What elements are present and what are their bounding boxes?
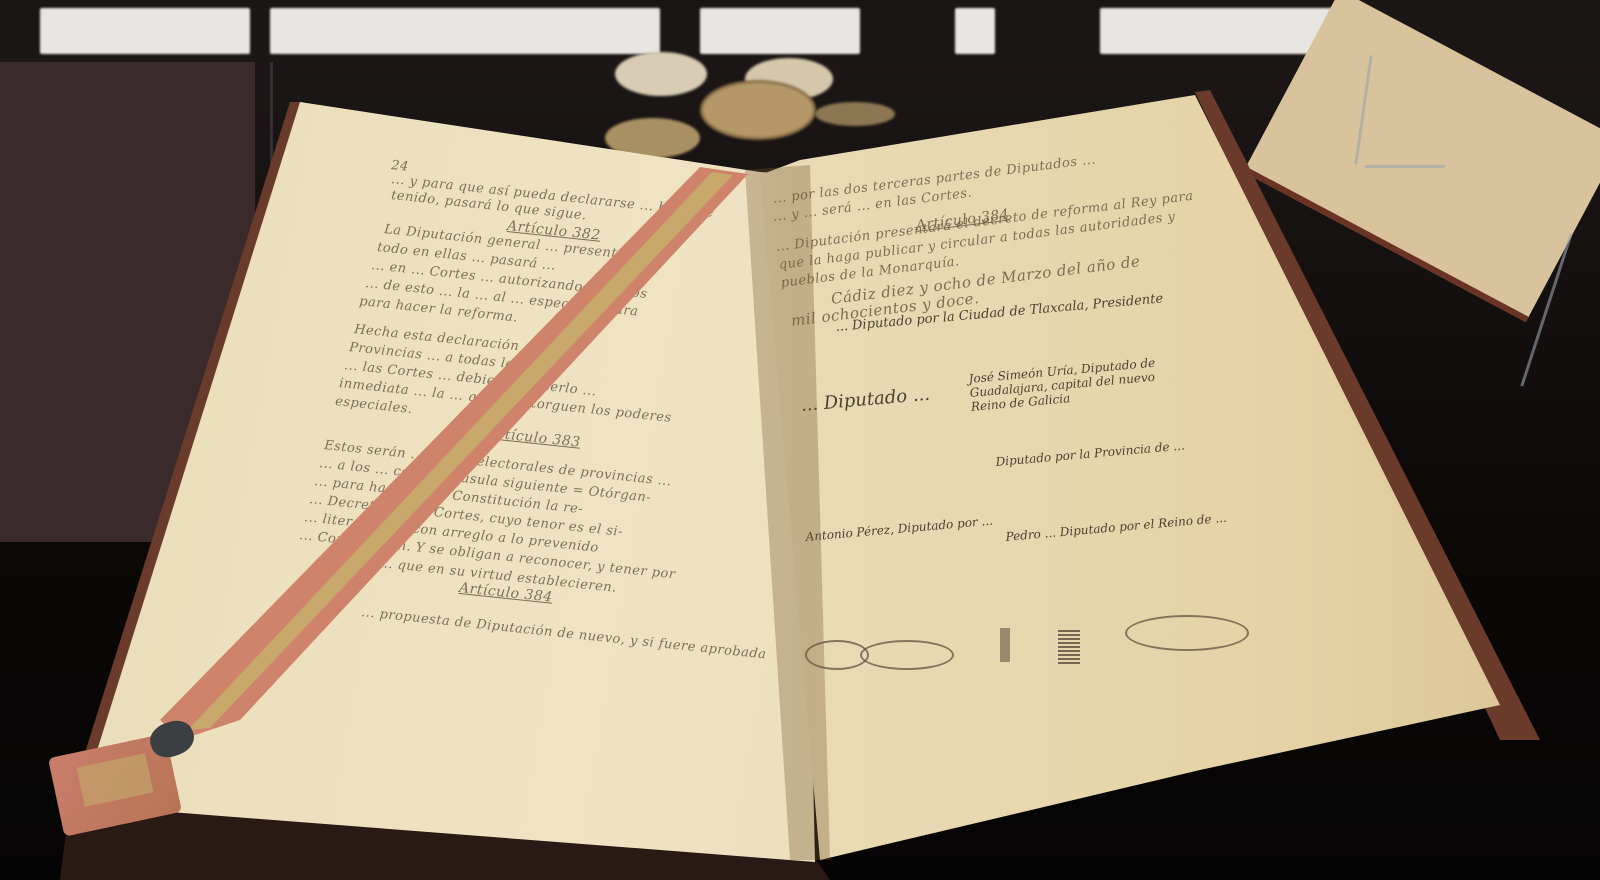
signature: José Simeón Uría, Diputado de Guadalajar… (968, 354, 1181, 414)
rubric-mark (1000, 628, 1010, 662)
signature: Antonio Pérez, Diputado por ... (805, 514, 993, 544)
signature: Diputado por la Provincia de ... (995, 438, 1185, 468)
handwritten-line: ... propuesta de Diputación de nuevo, y … (360, 605, 767, 663)
signature: ... Diputado ... (800, 384, 931, 417)
open-manuscript: 24 ... y para que así pueda declararse .… (0, 0, 1600, 880)
rubric-flourish (860, 640, 954, 670)
rubric-mark (1058, 630, 1080, 664)
signature: Pedro ... Diputado por el Reino de ... (1005, 511, 1227, 544)
rubric-flourish (1125, 615, 1249, 651)
